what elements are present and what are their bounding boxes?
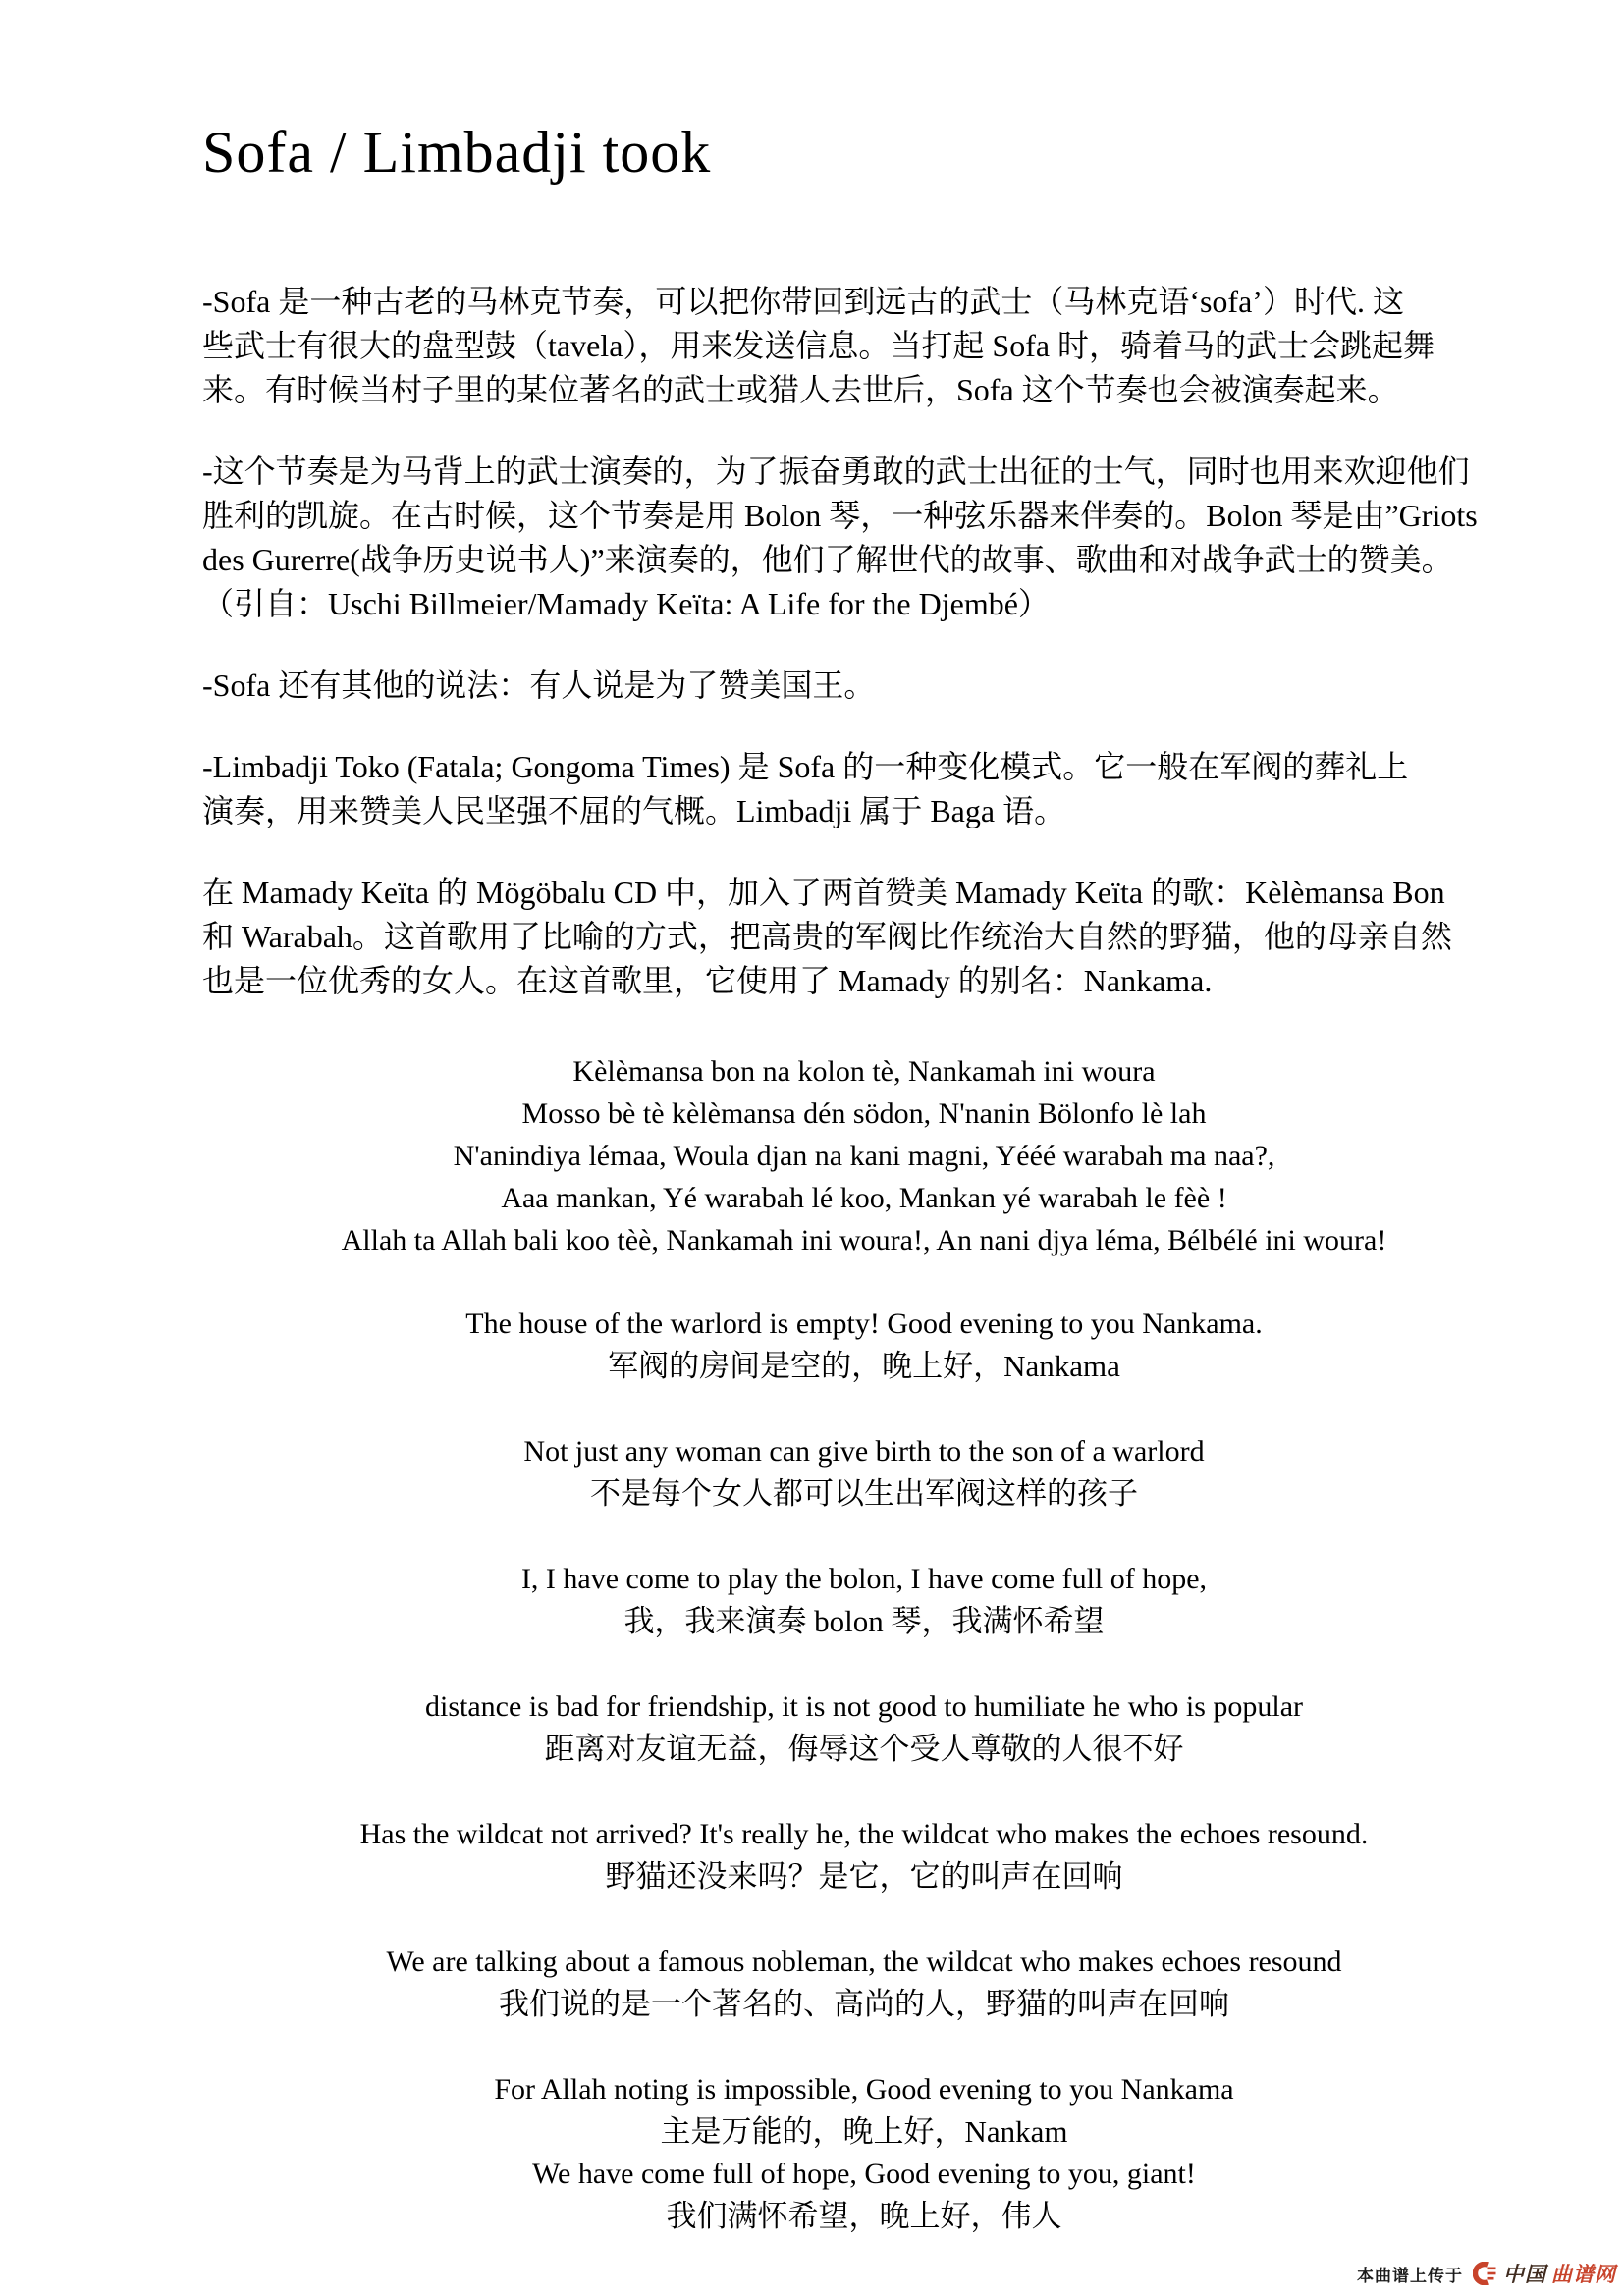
translation-line-en: Not just any woman can give birth to the… [202, 1430, 1526, 1472]
translation-group-5: Has the wildcat not arrived? It's really… [202, 1813, 1526, 1897]
translation-line-zh: 距离对友谊无益，侮辱这个受人尊敬的人很不好 [202, 1728, 1526, 1770]
translation-line-zh: 不是每个女人都可以生出军阀这样的孩子 [202, 1472, 1526, 1515]
translation-group-4: distance is bad for friendship, it is no… [202, 1685, 1526, 1770]
translation-line-en: For Allah noting is impossible, Good eve… [202, 2068, 1526, 2110]
translation-line-en: The house of the warlord is empty! Good … [202, 1303, 1526, 1345]
footer-upload-note: 本曲谱上传于 [1357, 2262, 1463, 2286]
lyric-line-1: Kèlèmansa bon na kolon tè, Nankamah ini … [202, 1050, 1526, 1093]
translation-line-zh: 我，我来演奏 bolon 琴，我满怀希望 [202, 1600, 1526, 1642]
translations-block: The house of the warlord is empty! Good … [202, 1303, 1526, 2237]
translation-line-zh: 我们满怀希望，晚上好，伟人 [202, 2195, 1526, 2237]
lyric-line-4: Aaa mankan, Yé warabah lé koo, Mankan yé… [202, 1177, 1526, 1219]
translation-line-zh: 我们说的是一个著名的、高尚的人，野猫的叫声在回响 [202, 1983, 1526, 2025]
body-paragraph-2: -这个节奏是为马背上的武士演奏的，为了振奋勇敢的武士出征的士气，同时也用来欢迎他… [202, 450, 1536, 626]
translation-line-en: We have come full of hope, Good evening … [202, 2153, 1526, 2195]
lyric-line-2: Mosso bè tè kèlèmansa dén södon, N'nanin… [202, 1093, 1526, 1135]
translation-line-en: I, I have come to play the bolon, I have… [202, 1558, 1526, 1600]
translation-group-1: The house of the warlord is empty! Good … [202, 1303, 1526, 1387]
lyrics-block: Kèlèmansa bon na kolon tè, Nankamah ini … [202, 1050, 1526, 1261]
lyric-line-3: N'anindiya lémaa, Woula djan na kani mag… [202, 1135, 1526, 1177]
site-logo: 中国曲谱网 [1473, 2259, 1616, 2288]
translation-group-7: For Allah noting is impossible, Good eve… [202, 2068, 1526, 2237]
lyric-line-5: Allah ta Allah bali koo tèè, Nankamah in… [202, 1219, 1526, 1261]
site-name-part-red: 曲谱网 [1551, 2259, 1616, 2288]
body-paragraph-4: -Limbadji Toko (Fatala; Gongoma Times) 是… [202, 745, 1536, 833]
translation-line-zh: 野猫还没来吗？是它，它的叫声在回响 [202, 1855, 1526, 1897]
translation-line-en: distance is bad for friendship, it is no… [202, 1685, 1526, 1728]
translation-group-3: I, I have come to play the bolon, I have… [202, 1558, 1526, 1642]
intro-paragraphs: -Sofa 是一种古老的马林克节奏，可以把你带回到远古的武士（马林克语‘sofa… [202, 280, 1624, 1003]
translation-line-en: Has the wildcat not arrived? It's really… [202, 1813, 1526, 1855]
translation-group-6: We are talking about a famous nobleman, … [202, 1941, 1526, 2025]
translation-group-2: Not just any woman can give birth to the… [202, 1430, 1526, 1515]
body-paragraph-5: 在 Mamady Keïta 的 Mögöbalu CD 中，加入了两首赞美 M… [202, 871, 1536, 1003]
body-paragraph-1: -Sofa 是一种古老的马林克节奏，可以把你带回到远古的武士（马林克语‘sofa… [202, 280, 1536, 412]
page-title: Sofa / Limbadji took [0, 0, 1624, 182]
document-page: Sofa / Limbadji took -Sofa 是一种古老的马林克节奏，可… [0, 0, 1624, 2296]
translation-line-zh: 主是万能的，晚上好，Nankam [202, 2110, 1526, 2153]
translation-line-zh: 军阀的房间是空的，晚上好，Nankama [202, 1345, 1526, 1387]
body-paragraph-3: -Sofa 还有其他的说法：有人说是为了赞美国王。 [202, 664, 1536, 708]
site-name-part-dark: 中国 [1503, 2259, 1546, 2288]
music-site-logo-icon [1473, 2262, 1498, 2285]
translation-line-en: We are talking about a famous nobleman, … [202, 1941, 1526, 1983]
footer: 本曲谱上传于 中国曲谱网 [1357, 2259, 1616, 2288]
